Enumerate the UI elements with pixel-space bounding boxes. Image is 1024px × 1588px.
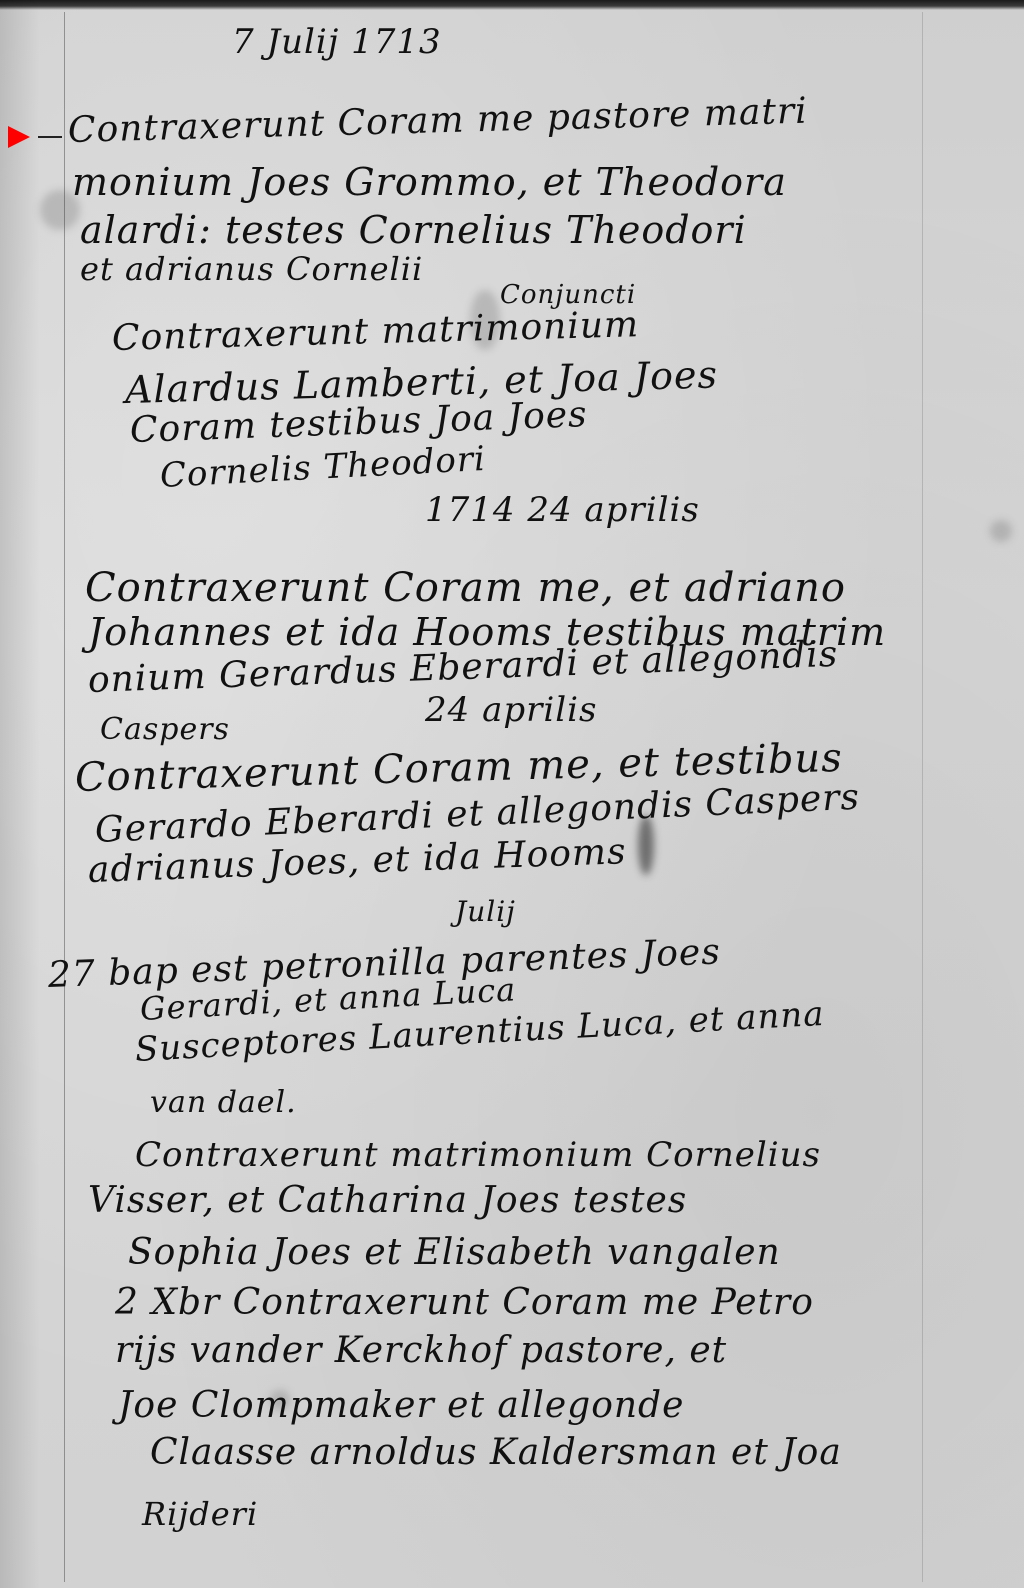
entry7-line2: rijs vander Kerckhof pastore, et <box>115 1330 727 1371</box>
date-julij: Julij <box>455 895 516 928</box>
entry1-line3: alardi: testes Cornelius Theodori <box>80 208 747 252</box>
entry2-line1: Contraxerunt matrimonium <box>111 304 639 359</box>
entry7-line1: 2 Xbr Contraxerunt Coram me Petro <box>115 1282 814 1323</box>
header-date: 7 Julij 1713 <box>232 22 442 62</box>
entry1-line1: Contraxerunt Coram me pastore matri <box>67 91 808 151</box>
page-top-edge <box>0 0 1024 10</box>
entry1-line2: monium Joes Grommo, et Theodora <box>72 160 787 204</box>
right-margin-rule <box>922 12 923 1582</box>
entry6-line3: Sophia Joes et Elisabeth vangalen <box>128 1232 781 1273</box>
red-pointer-marker-icon <box>8 126 30 148</box>
date-24-april: 24 aprilis <box>425 690 597 730</box>
page-left-shadow <box>0 0 40 1588</box>
left-margin-rule <box>64 12 65 1582</box>
entry5-line4: van dael. <box>150 1085 297 1120</box>
entry3-line1: Contraxerunt Coram me, et adriano <box>85 565 846 611</box>
entry1-line4: et adrianus Cornelii <box>80 250 423 288</box>
entry7-line5: Rijderi <box>142 1495 258 1533</box>
entry6-line2: Visser, et Catharina Joes testes <box>88 1180 687 1221</box>
entry7-line3: Joe Clompmaker et allegonde <box>118 1385 684 1426</box>
manuscript-page: 7 Julij 1713 Contraxerunt Coram me pasto… <box>0 0 1024 1588</box>
entry7-line4: Claasse arnoldus Kaldersman et Joa <box>150 1432 842 1473</box>
entry3-line4: Caspers <box>100 712 230 747</box>
entry6-line1: Contraxerunt matrimonium Cornelius <box>135 1135 821 1175</box>
ink-stain <box>990 520 1012 542</box>
date-1714: 1714 24 aprilis <box>425 490 700 530</box>
marker-dash <box>38 136 62 138</box>
